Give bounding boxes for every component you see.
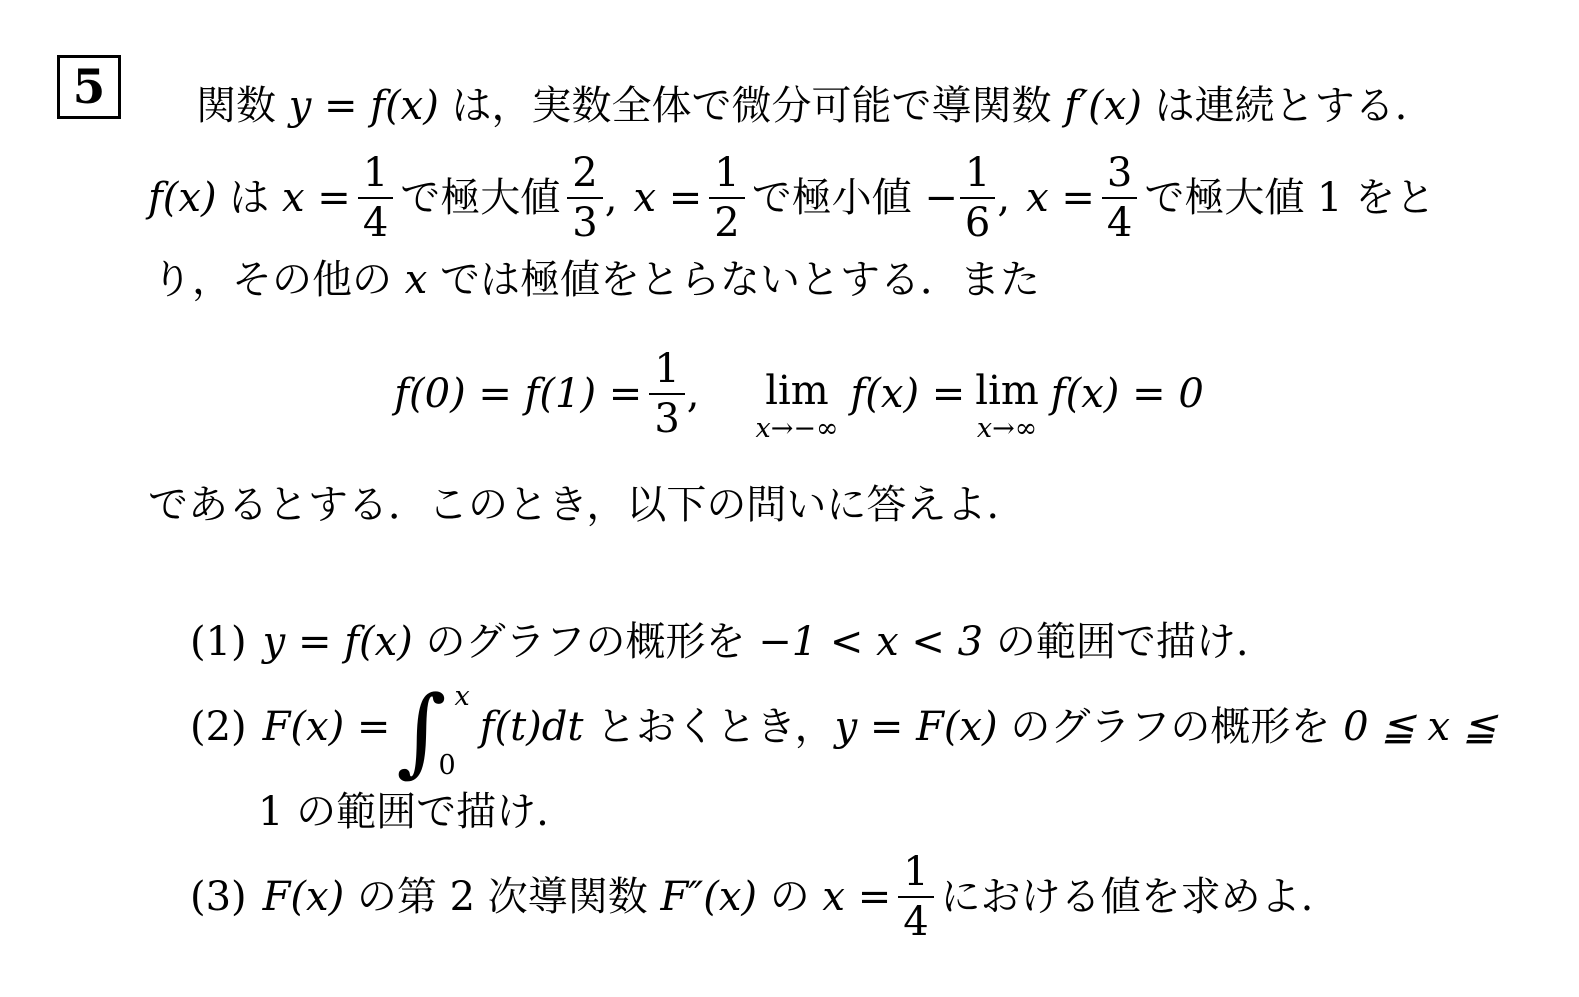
body-text: とおくとき， [583, 704, 834, 750]
body-text: 1 の範囲で描け. [258, 789, 549, 835]
limit-word: lim [975, 371, 1039, 411]
fraction-denominator: 6 [960, 199, 995, 244]
question-marker: (3) [190, 874, 247, 920]
fraction-numerator: 2 [567, 152, 602, 199]
math-text: F″(x) [661, 874, 757, 920]
question-2: (2)F(x) =∫x0f(t)dt とおくとき，y = F(x) のグラフの概… [190, 672, 1496, 785]
body-text: り，その他の [152, 257, 405, 303]
question-2-continued: 1 の範囲で描け. [258, 786, 549, 838]
body-text: は [217, 175, 282, 221]
math-text: x = [822, 874, 891, 920]
math-text: f(t)dt [480, 704, 584, 750]
question-3: (3)F(x) の第 2 次導関数 F″(x) の x =14における値を求めよ… [190, 842, 1313, 952]
closing-line: であるとする．このとき，以下の問いに答えよ. [148, 479, 999, 531]
body-text: 関数 [196, 83, 289, 129]
fraction-denominator: 2 [709, 199, 744, 244]
intro-line-3: り，その他の x では極値をとらないとする．また [152, 254, 1040, 306]
body-text: のグラフの概形を [413, 619, 758, 665]
comma: , [997, 175, 1010, 221]
body-text: で極大値 1 をと [1144, 175, 1435, 221]
fraction: 14 [358, 152, 393, 244]
body-text: における値を求めよ. [941, 874, 1314, 920]
body-text: の範囲で描け. [983, 619, 1248, 665]
math-text: 0 ≦ x ≦ [1343, 704, 1496, 750]
fraction: 16 [960, 152, 995, 244]
fraction-denominator: 3 [649, 395, 684, 440]
fraction-numerator: 1 [709, 152, 744, 199]
fraction: 13 [649, 348, 684, 440]
intro-line-1: 関数 y = f(x) は，実数全体で微分可能で導関数 f′(x) は連続とする… [196, 80, 1407, 132]
math-text: f(0) = f(1) = [394, 371, 642, 417]
question-marker: (2) [190, 704, 247, 750]
limit-word: lim [756, 371, 839, 411]
fraction-denominator: 3 [567, 199, 602, 244]
integral-upper-bound: x [454, 683, 469, 710]
math-text: x = [1026, 175, 1095, 221]
body-text: では極値をとらないとする．また [427, 257, 1040, 303]
limit-subscript: x→−∞ [756, 415, 839, 442]
intro-line-2: f(x) は x =14で極大値23,x =12で極小値 −16,x =34で極… [148, 142, 1435, 254]
math-text: x = [633, 175, 702, 221]
math-text: f(x) [148, 175, 217, 221]
comma: , [687, 371, 700, 417]
integral-bounds: x0 [446, 683, 469, 779]
problem-number: 5 [73, 64, 106, 111]
fraction-numerator: 1 [649, 348, 684, 395]
fraction: 23 [567, 152, 602, 244]
definite-integral: ∫x0 [396, 673, 469, 783]
limit-operator: limx→−∞ [756, 371, 839, 442]
fraction: 14 [898, 851, 933, 943]
body-text: で極大値 [400, 175, 560, 221]
body-text: の [757, 874, 822, 920]
comma: , [605, 175, 618, 221]
math-text: f′(x) [1064, 83, 1142, 129]
math-text: −1 < x < 3 [758, 619, 983, 665]
limit-subscript: x→∞ [975, 415, 1039, 442]
problem-number-box: 5 [57, 55, 121, 119]
math-text: f(x) = 0 [1051, 371, 1204, 417]
fraction-numerator: 1 [898, 851, 933, 898]
fraction-numerator: 3 [1102, 152, 1137, 199]
math-text: F(x) = [263, 704, 391, 750]
integral-lower-bound: 0 [438, 752, 469, 779]
limit-operator: limx→∞ [975, 371, 1039, 442]
fraction-denominator: 4 [1102, 199, 1137, 244]
math-text: y = F(x) [835, 704, 998, 750]
body-text: であるとする．このとき，以下の問いに答えよ. [148, 482, 999, 528]
exam-problem-page: 5 関数 y = f(x) は，実数全体で微分可能で導関数 f′(x) は連続と… [0, 0, 1579, 997]
fraction-denominator: 4 [898, 898, 933, 943]
fraction-numerator: 1 [358, 152, 393, 199]
body-text: で極小値 [752, 175, 925, 221]
math-text: x = [282, 175, 351, 221]
body-text: は，実数全体で微分可能で導関数 [439, 83, 1064, 129]
fraction-numerator: 1 [960, 152, 995, 199]
question-marker: (1) [190, 619, 247, 665]
display-equation: f(0) = f(1) =13,limx→−∞f(x) =limx→∞f(x) … [148, 338, 1450, 450]
math-text: y = f(x) [263, 619, 413, 665]
body-text: は連続とする. [1142, 83, 1407, 129]
fraction: 12 [709, 152, 744, 244]
math-text: y = f(x) [289, 83, 439, 129]
fraction-denominator: 4 [358, 199, 393, 244]
body-text: のグラフの概形を [998, 704, 1343, 750]
question-1: (1)y = f(x) のグラフの概形を −1 < x < 3 の範囲で描け. [190, 616, 1249, 668]
body-text: の第 2 次導関数 [344, 874, 660, 920]
minus-sign: − [924, 175, 958, 221]
fraction: 34 [1102, 152, 1137, 244]
math-text: x [405, 257, 428, 303]
math-text: f(x) = [850, 371, 965, 417]
math-text: F(x) [263, 874, 345, 920]
